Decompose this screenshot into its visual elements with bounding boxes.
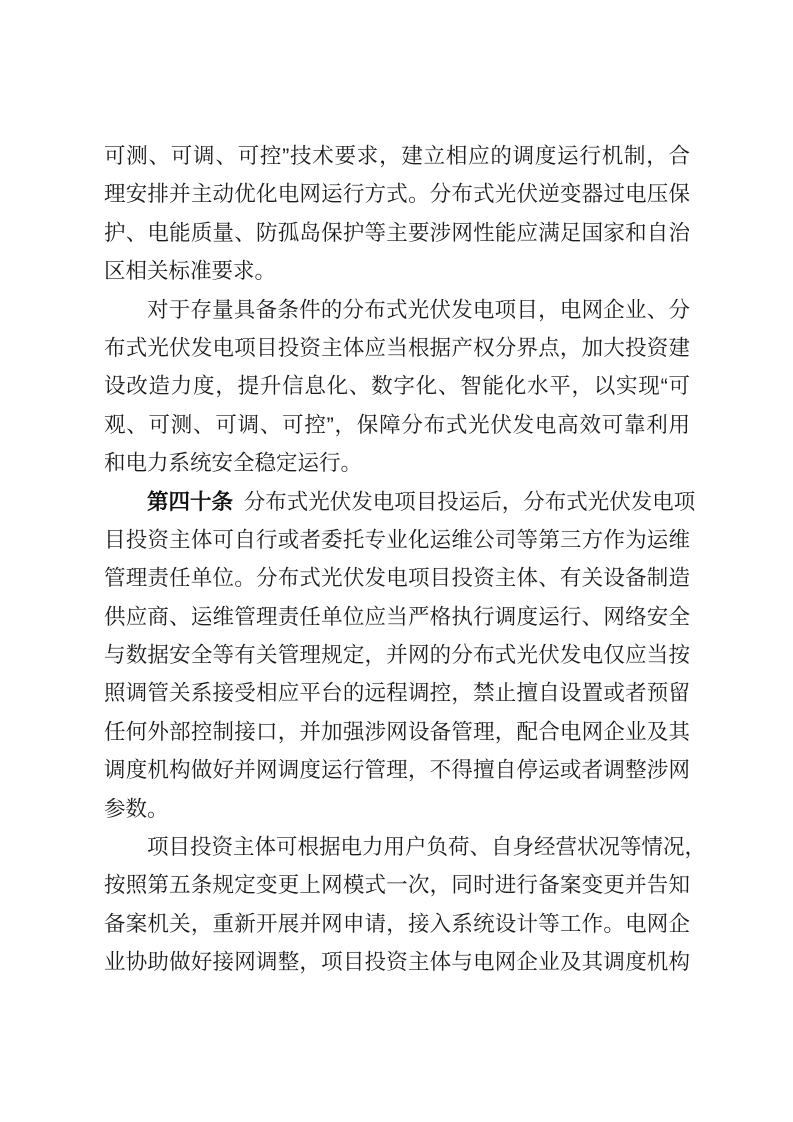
text-line: 观、可测、可调、可控”，保障分布式光伏发电高效可靠利用 <box>104 406 690 444</box>
text-line: 备案机关，重新开展并网申请，接入系统设计等工作。电网企 <box>104 905 690 943</box>
article-number-label: 第四十条 <box>147 490 233 514</box>
text-line: 参数。 <box>104 790 690 828</box>
paragraph: 对于存量具备条件的分布式光伏发电项目，电网企业、分 布式光伏发电项目投资主体应当… <box>104 291 690 483</box>
text-line: 理安排并主动优化电网运行方式。分布式光伏逆变器过电压保 <box>104 175 690 213</box>
text-line: 目投资主体可自行或者委托专业化运维公司等第三方作为运维 <box>104 521 690 559</box>
text-line: 和电力系统安全稳定运行。 <box>104 444 690 482</box>
text-line: 业协助做好接网调整，项目投资主体与电网企业及其调度机构 <box>104 943 690 981</box>
text-line: 可测、可调、可控”技术要求，建立相应的调度运行机制，合 <box>104 137 690 175</box>
text-line: 调度机构做好并网调度运行管理，不得擅自停运或者调整涉网 <box>104 751 690 789</box>
text-line: 按照第五条规定变更上网模式一次，同时进行备案变更并告知 <box>104 866 690 904</box>
text-line: 供应商、运维管理责任单位应当严格执行调度运行、网络安全 <box>104 598 690 636</box>
text-line: 项目投资主体可根据电力用户负荷、自身经营状况等情况， <box>104 828 690 866</box>
paragraph: 项目投资主体可根据电力用户负荷、自身经营状况等情况， 按照第五条规定变更上网模式… <box>104 828 690 982</box>
paragraph: 可测、可调、可控”技术要求，建立相应的调度运行机制，合 理安排并主动优化电网运行… <box>104 137 690 291</box>
text-line: 护、电能质量、防孤岛保护等主要涉网性能应满足国家和自治 <box>104 214 690 252</box>
document-page: 可测、可调、可控”技术要求，建立相应的调度运行机制，合 理安排并主动优化电网运行… <box>0 0 793 1122</box>
text-line: 任何外部控制接口，并加强涉网设备管理，配合电网企业及其 <box>104 713 690 751</box>
text-line: 管理责任单位。分布式光伏发电项目投资主体、有关设备制造 <box>104 559 690 597</box>
text-line: 对于存量具备条件的分布式光伏发电项目，电网企业、分 <box>104 291 690 329</box>
article-lead-text: 分布式光伏发电项目投运后，分布式光伏发电项 <box>244 490 696 514</box>
text-line: 布式光伏发电项目投资主体应当根据产权分界点，加大投资建 <box>104 329 690 367</box>
text-line: 区相关标准要求。 <box>104 252 690 290</box>
text-line: 与数据安全等有关管理规定，并网的分布式光伏发电仅应当按 <box>104 636 690 674</box>
text-line: 设改造力度，提升信息化、数字化、智能化水平，以实现“可 <box>104 367 690 405</box>
text-block: 可测、可调、可控”技术要求，建立相应的调度运行机制，合 理安排并主动优化电网运行… <box>104 137 690 982</box>
text-line: 第四十条分布式光伏发电项目投运后，分布式光伏发电项 <box>104 483 690 521</box>
paragraph-article-40: 第四十条分布式光伏发电项目投运后，分布式光伏发电项 目投资主体可自行或者委托专业… <box>104 483 690 829</box>
text-line: 照调管关系接受相应平台的远程调控，禁止擅自设置或者预留 <box>104 674 690 712</box>
